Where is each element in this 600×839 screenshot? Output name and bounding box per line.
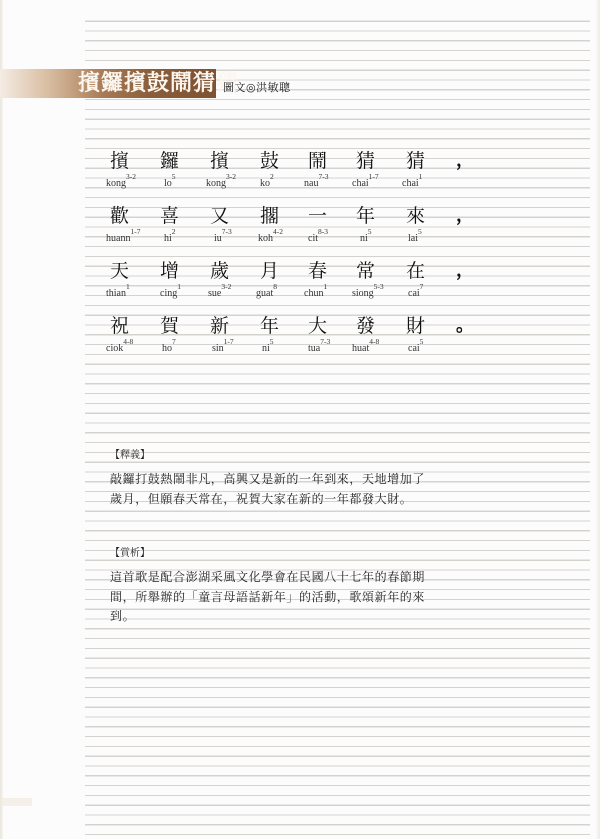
hanzi: 擱	[260, 205, 279, 227]
syllable: 一 cit8-3	[304, 205, 344, 249]
syllable: 增 cing1	[156, 260, 196, 304]
syllable: 常 siong5-3	[352, 260, 392, 304]
tone-mark: 1	[323, 282, 327, 291]
page-title: 擯鑼擯鼓鬧猜猜	[78, 69, 239, 98]
roman-text: sin	[212, 343, 224, 354]
syllable: 歲 sue3-2	[206, 260, 246, 304]
syllable: 年 ni5	[256, 315, 296, 359]
syllable: 擯 kong3-2	[206, 150, 246, 194]
romanization: chun1	[304, 289, 327, 299]
romanization: sin1-7	[212, 344, 234, 354]
tone-mark: 7	[420, 282, 424, 291]
roman-text: guat	[256, 288, 273, 299]
roman-text: iu	[214, 233, 222, 244]
hanzi: 發	[356, 315, 375, 337]
appreciation-heading: 【賞析】	[110, 544, 150, 559]
tone-mark: 5-3	[374, 282, 384, 291]
tone-mark: 3-2	[126, 172, 136, 181]
hanzi: 來	[406, 205, 425, 227]
tone-mark: 1	[126, 282, 130, 291]
roman-text: thian	[106, 288, 126, 299]
tone-mark: 5	[270, 337, 274, 346]
romanization: chai1-7	[352, 179, 379, 189]
romanization: kong3-2	[206, 179, 236, 189]
syllable: 春 chun1	[304, 260, 344, 304]
romanization: ko2	[260, 179, 274, 189]
syllable: 祝 ciok4-8	[106, 315, 146, 359]
hanzi: 增	[160, 260, 179, 282]
tone-mark: 4-8	[369, 337, 379, 346]
tone-mark: 4-2	[273, 227, 283, 236]
syllable: 歡 huann1-7	[106, 205, 146, 249]
syllable: 來 lai5	[402, 205, 442, 249]
tone-mark: 7	[172, 337, 176, 346]
hanzi: 天	[110, 260, 129, 282]
page-left-edge	[0, 0, 3, 839]
hanzi: 鬧	[308, 150, 327, 172]
roman-text: hi	[164, 233, 172, 244]
roman-text: chun	[304, 288, 323, 299]
romanization: guat8	[256, 289, 277, 299]
tone-mark: 7-3	[222, 227, 232, 236]
tone-mark: 4-8	[123, 337, 133, 346]
hanzi: 一	[308, 205, 327, 227]
tone-mark: 3-2	[226, 172, 236, 181]
hanzi: 歲	[210, 260, 229, 282]
explanation-line: 歲月，但願春天常在，祝賀大家在新的一年都發大財。	[110, 490, 470, 510]
appreciation-line: 這首歌是配合澎湖采風文化學會在民國八十七年的春節期	[110, 568, 470, 588]
tone-mark: 3-2	[221, 282, 231, 291]
hanzi: 喜	[160, 205, 179, 227]
tone-mark: 7-3	[318, 172, 328, 181]
tone-mark: 7-3	[320, 337, 330, 346]
romanization: lai5	[408, 234, 422, 244]
syllable: 在 cai7	[402, 260, 442, 304]
verse-line-2: 歡 huann1-7 喜 hi2 又 iu7-3 擱 koh4-2 一 cit8…	[106, 205, 486, 249]
romanization: nau7-3	[304, 179, 328, 189]
punctuation: 。	[456, 315, 474, 337]
syllable: 新 sin1-7	[206, 315, 246, 359]
syllable: 喜 hi2	[156, 205, 196, 249]
roman-text: kong	[106, 178, 126, 189]
tone-mark: 5	[420, 337, 424, 346]
punctuation: ，	[456, 260, 474, 282]
punctuation: ，	[456, 150, 474, 172]
romanization: ciok4-8	[106, 344, 133, 354]
roman-text: nau	[304, 178, 318, 189]
romanization: tua7-3	[308, 344, 330, 354]
hanzi: 常	[356, 260, 375, 282]
syllable: 月 guat8	[256, 260, 296, 304]
hanzi: 擯	[210, 150, 229, 172]
hanzi: 在	[406, 260, 425, 282]
romanization: huat4-8	[352, 344, 379, 354]
roman-text: huann	[106, 233, 130, 244]
romanization: iu7-3	[214, 234, 232, 244]
hanzi: 猜	[356, 150, 375, 172]
romanization: sue3-2	[208, 289, 231, 299]
verse-line-3: 天 thian1 增 cing1 歲 sue3-2 月 guat8 春 chun…	[106, 260, 486, 304]
romanization: kong3-2	[106, 179, 136, 189]
roman-text: ho	[162, 343, 172, 354]
syllable: 猜 chai1	[402, 150, 442, 194]
syllable: 猜 chai1-7	[352, 150, 392, 194]
hanzi: 擯	[110, 150, 129, 172]
romanization: lo5	[164, 179, 176, 189]
roman-text: ni	[360, 233, 368, 244]
romanization: siong5-3	[352, 289, 384, 299]
romanization: ni5	[262, 344, 274, 354]
romanization: chai1	[402, 179, 422, 189]
syllable: 年 ni5	[352, 205, 392, 249]
page: 擯鑼擯鼓鬧猜猜 圖文◎洪敏聰 擯 kong3-2 鑼 lo5 擯 kong3-2…	[0, 0, 600, 839]
roman-text: cai	[408, 288, 420, 299]
tone-mark: 1-7	[224, 337, 234, 346]
syllable: 擱 koh4-2	[256, 205, 296, 249]
romanization: cai5	[408, 344, 423, 354]
romanization: cing1	[160, 289, 181, 299]
appreciation-line: 到。	[110, 607, 470, 627]
hanzi: 大	[308, 315, 327, 337]
tone-mark: 8-3	[318, 227, 328, 236]
romanization: huann1-7	[106, 234, 140, 244]
roman-text: ciok	[106, 343, 123, 354]
roman-text: cit	[308, 233, 318, 244]
roman-text: chai	[352, 178, 369, 189]
hanzi: 鑼	[160, 150, 179, 172]
hanzi: 猜	[406, 150, 425, 172]
syllable: 天 thian1	[106, 260, 146, 304]
hanzi: 月	[260, 260, 279, 282]
tone-mark: 2	[172, 227, 176, 236]
roman-text: kong	[206, 178, 226, 189]
roman-text: siong	[352, 288, 374, 299]
hanzi: 財	[406, 315, 425, 337]
appreciation-line: 間，所舉辦的「童言母語話新年」的活動，歌頌新年的來	[110, 588, 470, 608]
hanzi: 又	[210, 205, 229, 227]
tone-mark: 1-7	[369, 172, 379, 181]
syllable: 大 tua7-3	[304, 315, 344, 359]
syllable: 鑼 lo5	[156, 150, 196, 194]
syllable: 鼓 ko2	[256, 150, 296, 194]
faint-page-mark	[2, 798, 32, 806]
roman-text: cing	[160, 288, 177, 299]
roman-text: ko	[260, 178, 270, 189]
appreciation-body: 這首歌是配合澎湖采風文化學會在民國八十七年的春節期 間，所舉辦的「童言母語話新年…	[110, 568, 470, 627]
romanization: ho7	[162, 344, 176, 354]
tone-mark: 5	[418, 227, 422, 236]
author-credit: 圖文◎洪敏聰	[223, 79, 291, 95]
hanzi: 年	[260, 315, 279, 337]
romanization: hi2	[164, 234, 176, 244]
romanization: ni5	[360, 234, 372, 244]
verse-line-1: 擯 kong3-2 鑼 lo5 擯 kong3-2 鼓 ko2 鬧 nau7-3…	[106, 150, 486, 194]
syllable: 賀 ho7	[156, 315, 196, 359]
hanzi: 祝	[110, 315, 129, 337]
page-right-edge	[596, 0, 600, 839]
hanzi: 春	[308, 260, 327, 282]
explanation-body: 敲鑼打鼓熱鬧非凡，高興又是新的一年到來，天地增加了 歲月，但願春天常在，祝賀大家…	[110, 470, 470, 509]
romanization: cai7	[408, 289, 423, 299]
tone-mark: 8	[273, 282, 277, 291]
tone-mark: 1	[419, 172, 423, 181]
hanzi: 鼓	[260, 150, 279, 172]
romanization: thian1	[106, 289, 130, 299]
syllable: 又 iu7-3	[206, 205, 246, 249]
tone-mark: 5	[368, 227, 372, 236]
roman-text: huat	[352, 343, 369, 354]
romanization: koh4-2	[258, 234, 283, 244]
syllable: 財 cai5	[402, 315, 442, 359]
roman-text: lo	[164, 178, 172, 189]
tone-mark: 2	[270, 172, 274, 181]
roman-text: sue	[208, 288, 221, 299]
roman-text: ni	[262, 343, 270, 354]
verse-line-4: 祝 ciok4-8 賀 ho7 新 sin1-7 年 ni5 大 tua7-3 …	[106, 315, 486, 359]
roman-text: tua	[308, 343, 320, 354]
romanization: cit8-3	[308, 234, 328, 244]
syllable: 鬧 nau7-3	[304, 150, 344, 194]
roman-text: chai	[402, 178, 419, 189]
ruled-lines	[85, 12, 590, 839]
explanation-heading: 【釋義】	[110, 446, 150, 461]
tone-mark: 1-7	[130, 227, 140, 236]
tone-mark: 1	[177, 282, 181, 291]
hanzi: 年	[356, 205, 375, 227]
explanation-line: 敲鑼打鼓熱鬧非凡，高興又是新的一年到來，天地增加了	[110, 470, 470, 490]
syllable: 發 huat4-8	[352, 315, 392, 359]
hanzi: 賀	[160, 315, 179, 337]
hanzi: 新	[210, 315, 229, 337]
hanzi: 歡	[110, 205, 129, 227]
roman-text: koh	[258, 233, 273, 244]
roman-text: cai	[408, 343, 420, 354]
tone-mark: 5	[172, 172, 176, 181]
syllable: 擯 kong3-2	[106, 150, 146, 194]
punctuation: ，	[456, 205, 474, 227]
roman-text: lai	[408, 233, 418, 244]
